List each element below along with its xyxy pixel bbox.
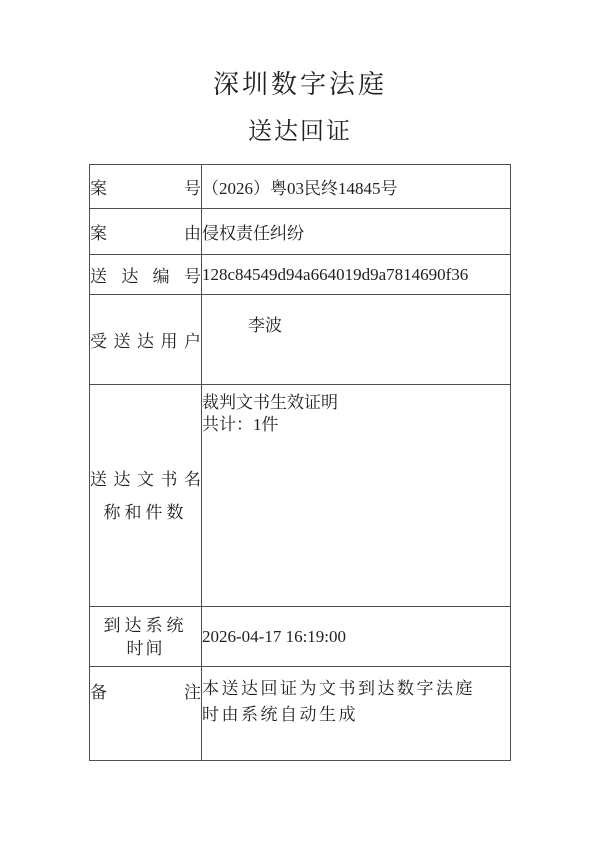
document-page: 深圳数字法庭 送达回证 案号 （2026）粤03民终14845号 案由 侵权责任… [0,0,600,848]
table-row-case-number: 案号 （2026）粤03民终14845号 [90,165,511,209]
remark-label-cell: 备注 [90,667,202,761]
case-cause-label: 案由 [90,219,201,244]
delivery-number-value: 128c84549d94a664019d9a7814690f36 [202,255,511,295]
case-number-label: 案号 [90,174,201,199]
table-row-remark: 备注 本送达回证为文书到达数字法庭 时由系统自动生成 [90,667,511,761]
case-cause-label-cell: 案由 [90,209,202,255]
page-subtitle: 送达回证 [0,118,600,146]
case-number-value: （2026）粤03民终14845号 [202,165,511,209]
recipient-label: 受送达用户 [90,327,201,352]
case-number-label-cell: 案号 [90,165,202,209]
documents-label-cell: 送达文书名 称和件数 [90,385,202,607]
remark-value-cell: 本送达回证为文书到达数字法庭 时由系统自动生成 [202,667,511,761]
recipient-label-cell: 受送达用户 [90,295,202,385]
delivery-number-label-cell: 送达编号 [90,255,202,295]
documents-value-cell: 裁判文书生效证明 共计：1件 [202,385,511,607]
delivery-number-label: 送达编号 [90,262,201,287]
documents-label-line-1: 送达文书名 [90,463,201,496]
arrival-time-value: 2026-04-17 16:19:00 [202,607,511,667]
table-row-recipient: 受送达用户 李波 [90,295,511,385]
table-row-case-cause: 案由 侵权责任纠纷 [90,209,511,255]
arrival-time-label-cell: 到达系统 时间 [90,607,202,667]
recipient-value: 李波 [202,295,511,385]
remark-line-2: 时由系统自动生成 [202,702,510,728]
remark-label: 备注 [90,678,201,703]
page-title: 深圳数字法庭 [0,70,600,100]
arrival-time-label-line-2: 时间 [90,637,201,660]
table-row-documents: 送达文书名 称和件数 裁判文书生效证明 共计：1件 [90,385,511,607]
documents-name: 裁判文书生效证明 [202,392,510,414]
documents-label-line-2: 称和件数 [90,496,201,529]
remark-line-1: 本送达回证为文书到达数字法庭 [202,676,510,702]
receipt-table: 案号 （2026）粤03民终14845号 案由 侵权责任纠纷 送达编号 128c… [89,164,511,761]
table-row-delivery-number: 送达编号 128c84549d94a664019d9a7814690f36 [90,255,511,295]
table-row-arrival-time: 到达系统 时间 2026-04-17 16:19:00 [90,607,511,667]
arrival-time-label-line-1: 到达系统 [90,614,201,637]
documents-count: 共计：1件 [202,414,510,436]
case-cause-value: 侵权责任纠纷 [202,209,511,255]
